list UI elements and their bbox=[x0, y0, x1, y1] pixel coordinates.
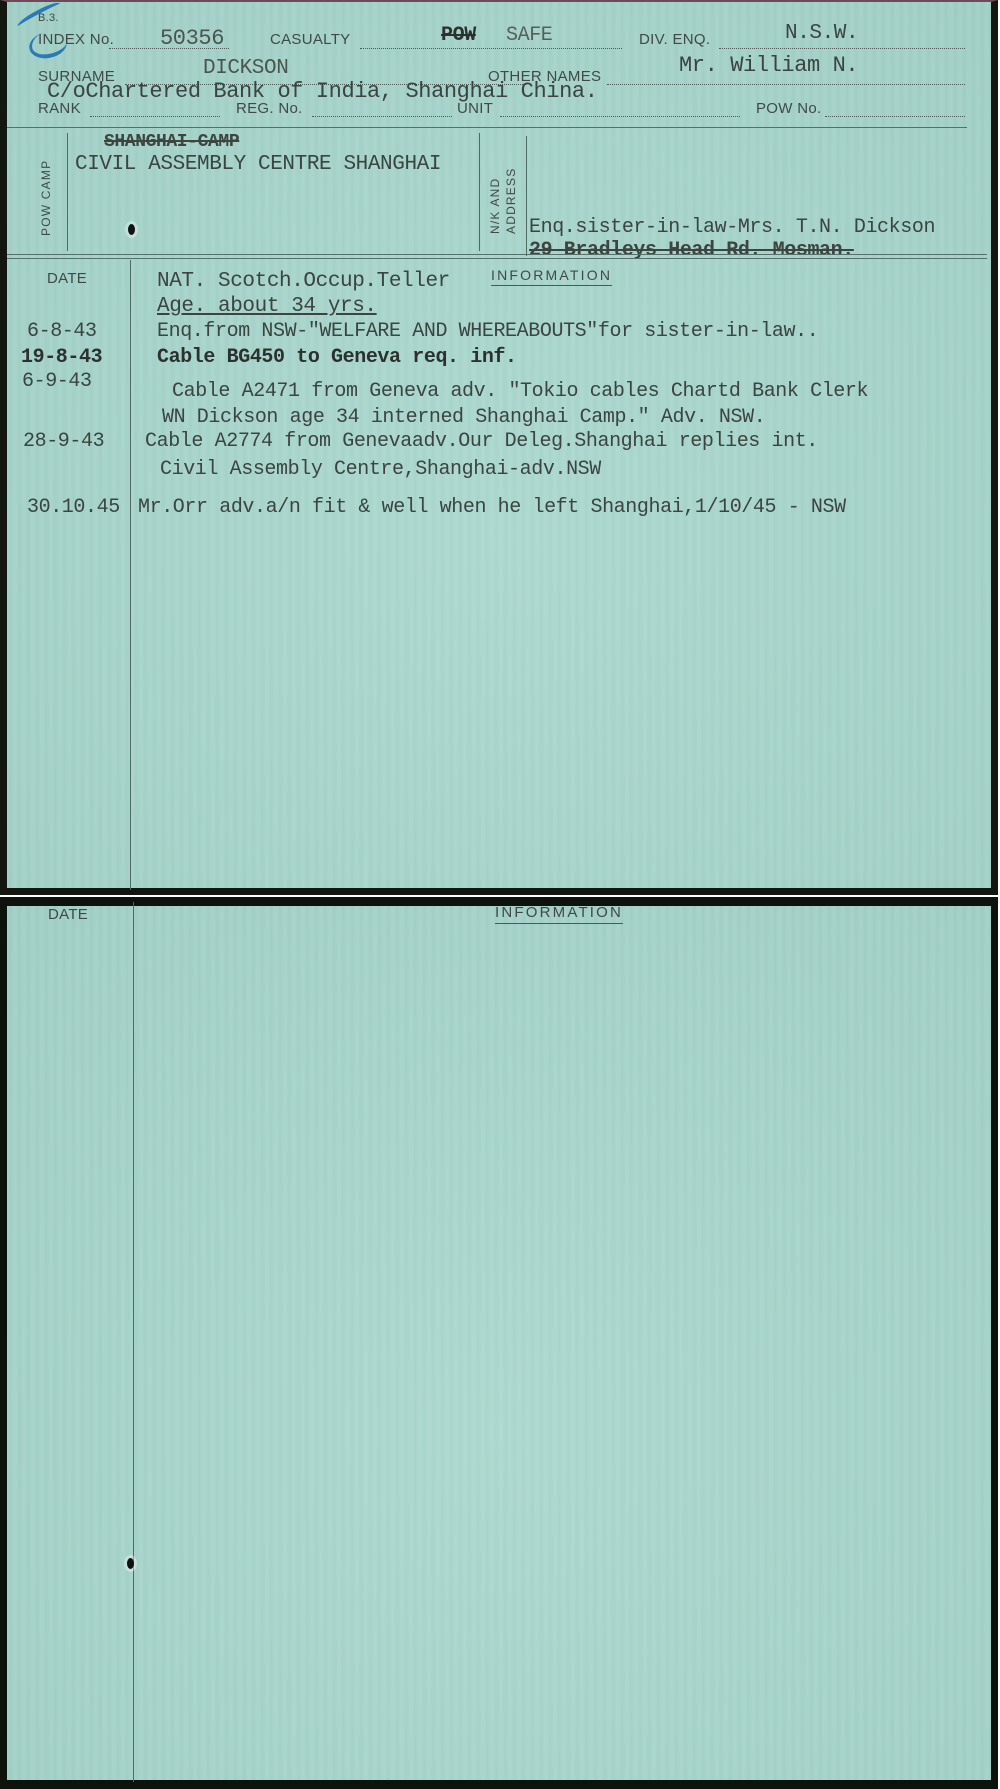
entry-date: 30.10.45 bbox=[27, 496, 120, 519]
index-value: 50356 bbox=[160, 26, 224, 51]
nk-line-1: Enq.sister-in-law-Mrs. T.N. Dickson bbox=[529, 216, 935, 239]
card-back: DATE INFORMATION bbox=[0, 897, 998, 1789]
divider bbox=[7, 127, 967, 128]
other-names-value: Mr. William N. bbox=[679, 53, 858, 78]
index-label: INDEX No. bbox=[38, 31, 114, 48]
date-header: DATE bbox=[47, 270, 87, 287]
entry-text: Age. about 34 yrs. bbox=[157, 295, 377, 318]
entry-text: Cable A2774 from Genevaadv.Our Deleg.Sha… bbox=[145, 430, 818, 453]
pow-camp-label: POW CAMP bbox=[39, 160, 53, 236]
entry-date: 6-8-43 bbox=[27, 320, 97, 343]
entry-text: Cable BG450 to Geneva req. inf. bbox=[157, 346, 517, 369]
entry-date: 6-9-43 bbox=[22, 370, 92, 393]
punch-hole bbox=[127, 1558, 134, 1569]
form-code: B.3. bbox=[38, 12, 59, 24]
entry-date: 28-9-43 bbox=[23, 430, 104, 453]
entry-text: Cable A2471 from Geneva adv. "Tokio cabl… bbox=[172, 380, 868, 403]
entry-text: Enq.from NSW-"WELFARE AND WHEREABOUTS"fo… bbox=[157, 320, 818, 343]
entry-text: NAT. Scotch.Occup.Teller bbox=[157, 270, 450, 293]
unit-label: UNIT bbox=[457, 100, 493, 117]
surname-value: DICKSON bbox=[203, 57, 288, 80]
back-date-header: DATE bbox=[48, 906, 88, 923]
pow-camp-struck: SHANGHAI-CAMP bbox=[104, 132, 239, 152]
nk-label-1: N/K AND bbox=[488, 178, 502, 234]
pow-no-label: POW No. bbox=[756, 100, 821, 117]
rank-label: RANK bbox=[38, 100, 81, 117]
entry-text: Civil Assembly Centre,Shanghai-adv.NSW bbox=[160, 458, 601, 481]
back-date-column-divider bbox=[133, 902, 134, 1782]
date-column-divider bbox=[130, 260, 131, 890]
card-front: B.3. INDEX No. 50356 CASUALTY POW SAFE D… bbox=[0, 0, 998, 895]
punch-hole bbox=[128, 224, 135, 235]
div-enq-label: DIV. ENQ. bbox=[639, 31, 710, 48]
info-header: INFORMATION bbox=[491, 267, 612, 286]
back-info-header: INFORMATION bbox=[495, 904, 623, 924]
casualty-struck: POW bbox=[441, 24, 476, 47]
nk-label-2: ADDRESS bbox=[504, 168, 518, 234]
pow-camp-value: CIVIL ASSEMBLY CENTRE SHANGHAI bbox=[75, 153, 441, 176]
casualty-label: CASUALTY bbox=[270, 31, 350, 48]
entry-text: Mr.Orr adv.a/n fit & well when he left S… bbox=[138, 496, 846, 519]
address-line: C/oChartered Bank of India, Shanghai Chi… bbox=[47, 79, 598, 104]
casualty-value: SAFE bbox=[506, 24, 552, 47]
div-enq-value: N.S.W. bbox=[785, 22, 858, 45]
reg-no-label: REG. No. bbox=[236, 100, 303, 117]
entry-date: 19-8-43 bbox=[21, 346, 102, 369]
entry-text: WN Dickson age 34 interned Shanghai Camp… bbox=[162, 406, 765, 429]
